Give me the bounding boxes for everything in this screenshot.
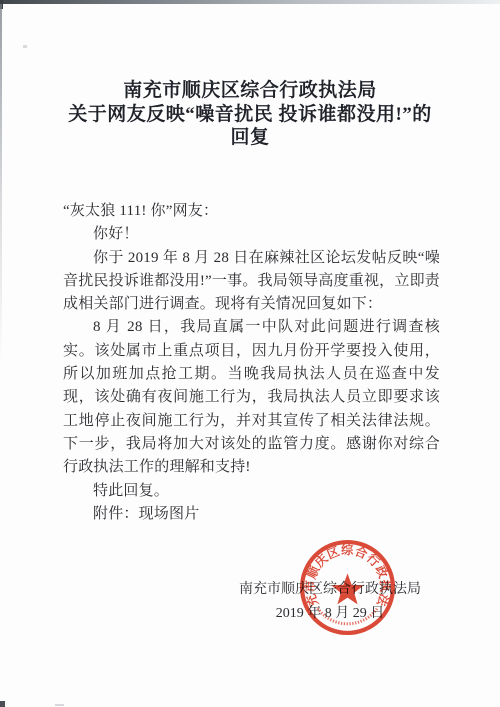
salutation-line: “灰太狼 111! 你”网友： xyxy=(63,200,440,223)
document-body: “灰太狼 111! 你”网友： 你好！ 你于 2019 年 8 月 28 日在麻… xyxy=(63,200,440,526)
seal-microtext xyxy=(318,608,378,624)
document-title: 南充市顺庆区综合行政执法局 关于网友反映“噪音扰民 投诉谁都没用!”的 回复 xyxy=(0,79,500,150)
scanned-document-page: 南充市顺庆区综合行政执法局 关于网友反映“噪音扰民 投诉谁都没用!”的 回复 “… xyxy=(0,0,500,707)
title-line-issuer: 南充市顺庆区综合行政执法局 xyxy=(0,79,500,103)
scan-artifact-bottom-left-dot xyxy=(0,701,5,707)
paragraph-investigation-result: 8 月 28 日，我局直属一中队对此问题进行调查核实。该处属市上重点项目，因九月… xyxy=(63,316,440,479)
scan-artifact-bottom-smudge xyxy=(55,704,64,706)
greeting-line: 你好！ xyxy=(63,223,440,246)
paragraph-complaint-intro: 你于 2019 年 8 月 28 日在麻辣社区论坛发帖反映“噪音扰民投诉谁都没用… xyxy=(63,247,440,317)
title-line-reply: 回复 xyxy=(0,126,500,150)
scan-artifact-speckle xyxy=(23,45,27,48)
title-line-subject: 关于网友反映“噪音扰民 投诉谁都没用!”的 xyxy=(0,103,500,127)
scan-artifact-left-edge xyxy=(0,4,2,364)
official-seal: 南充市顺庆区综合行政执法局 xyxy=(295,535,400,640)
attachment-line: 附件：现场图片 xyxy=(63,503,440,526)
red-star-icon xyxy=(331,573,364,604)
scan-artifact-top-edge xyxy=(0,0,500,4)
closing-line: 特此回复。 xyxy=(63,480,440,503)
